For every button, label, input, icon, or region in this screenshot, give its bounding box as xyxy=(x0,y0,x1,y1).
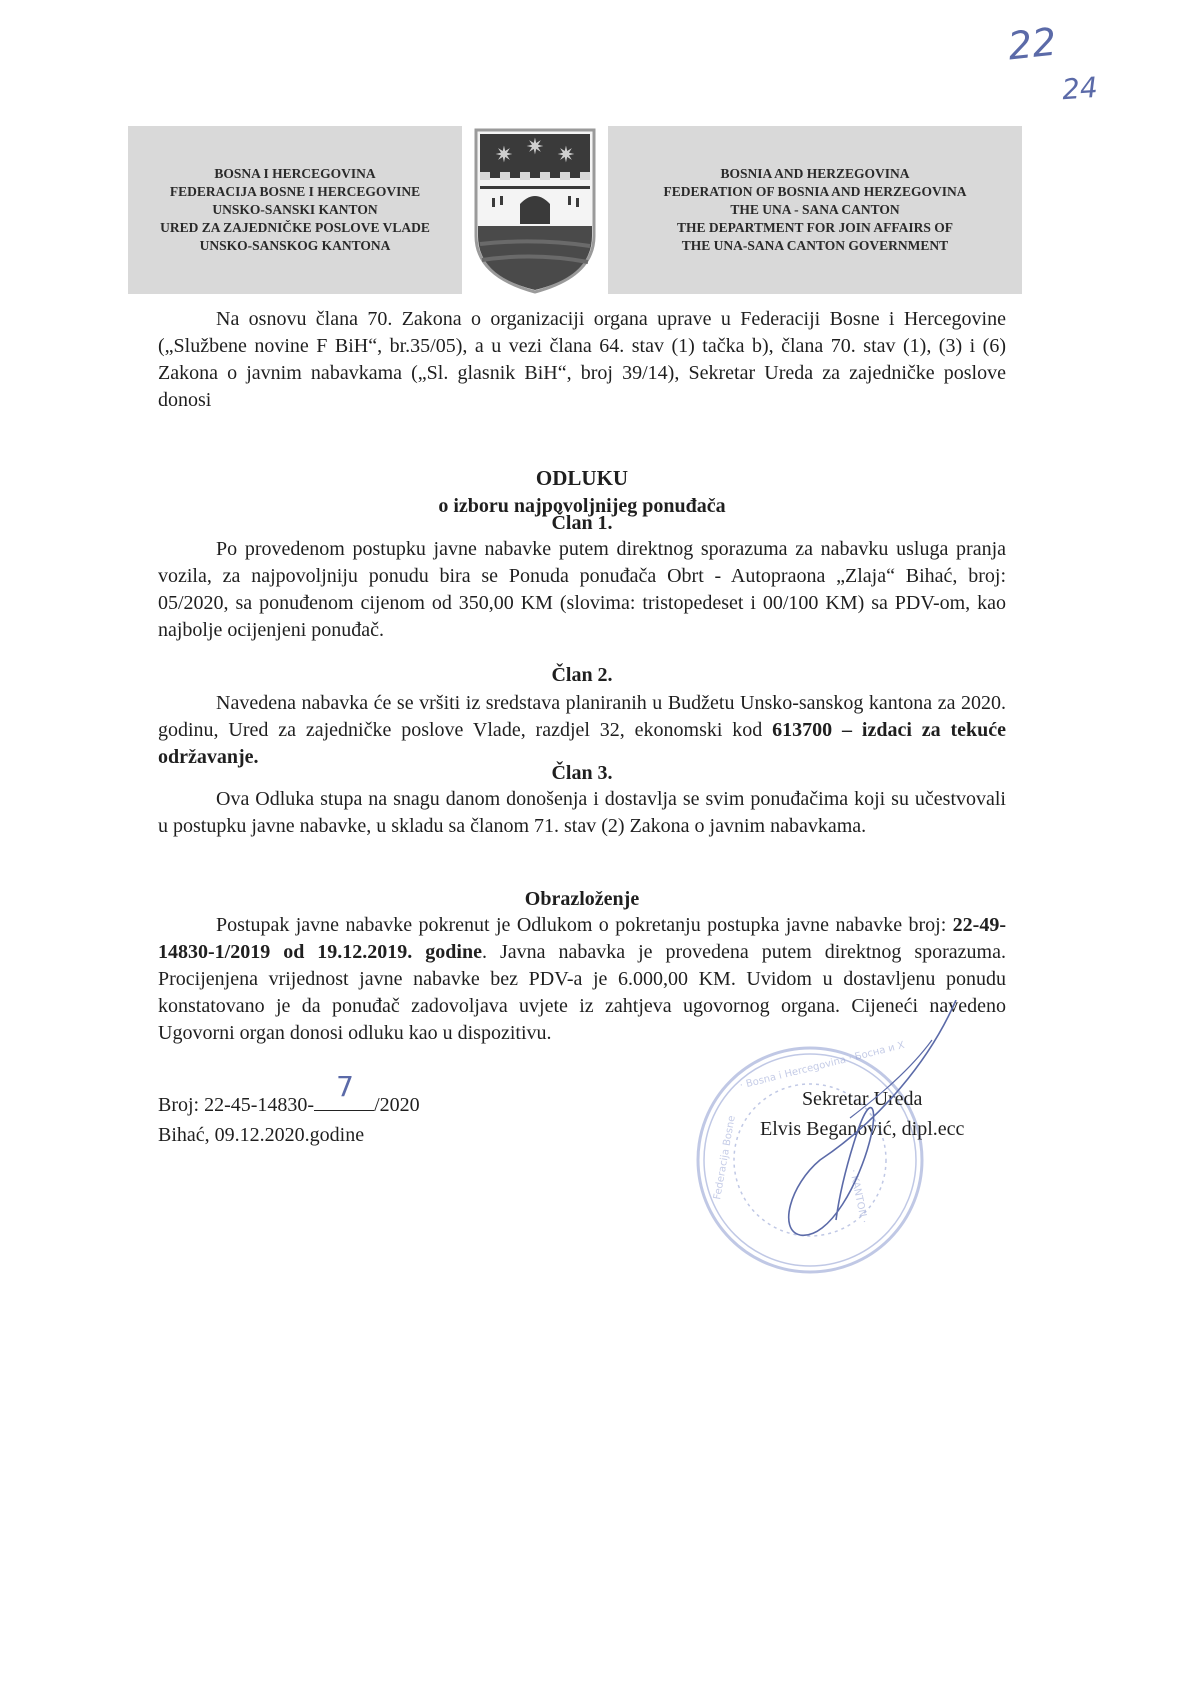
letterhead-line: FEDERATION OF BOSNIA AND HERZEGOVINA xyxy=(663,183,966,201)
letterhead-line: URED ZA ZAJEDNIČKE POSLOVE VLADE xyxy=(160,219,430,237)
document-reference: Broj: 22-45-14830-7/2020 Bihać, 09.12.20… xyxy=(158,1090,420,1150)
intro-paragraph: Na osnovu člana 70. Zakona o organizacij… xyxy=(158,306,1006,414)
document-number-prefix: Broj: 22-45-14830- xyxy=(158,1094,314,1116)
document-number-blank: 7 xyxy=(314,1092,374,1111)
article-3-text: Ova Odluka stupa na snagu danom donošenj… xyxy=(158,786,1006,840)
letterhead-line: THE DEPARTMENT FOR JOIN AFFAIRS OF xyxy=(663,219,966,237)
document-number: Broj: 22-45-14830-7/2020 xyxy=(158,1090,420,1120)
coat-of-arms-icon: ✷✷✷ xyxy=(470,126,600,294)
article-2-heading: Član 2. xyxy=(158,662,1006,689)
svg-text:✷: ✷ xyxy=(557,143,575,168)
handwritten-page-number-secondary: 24 xyxy=(1061,71,1099,106)
signature-block: Sekretar Ureda Elvis Beganović, dipl.ecc xyxy=(760,1084,964,1144)
letterhead-line: UNSKO-SANSKI KANTON xyxy=(160,201,430,219)
decision-title: ODLUKU xyxy=(158,464,1006,492)
article-3-heading: Član 3. xyxy=(158,760,1006,787)
signatory-name: Elvis Beganović, dipl.ecc xyxy=(760,1114,964,1144)
handwritten-page-number: 22 xyxy=(1006,20,1059,69)
svg-text:· KANTON ·: · KANTON · xyxy=(847,1168,869,1224)
svg-text:✷: ✷ xyxy=(526,135,544,160)
svg-text:✷: ✷ xyxy=(495,143,513,168)
letterhead-line: THE UNA-SANA CANTON GOVERNMENT xyxy=(663,237,966,255)
document-number-suffix: /2020 xyxy=(374,1094,420,1116)
article-1-text: Po provedenom postupku javne nabavke put… xyxy=(158,536,1006,644)
letterhead-line: FEDERACIJA BOSNE I HERCEGOVINE xyxy=(160,183,430,201)
reasoning-heading: Obrazloženje xyxy=(158,886,1006,913)
letterhead-line: UNSKO-SANSKOG KANTONA xyxy=(160,237,430,255)
letterhead-local-language: BOSNA I HERCEGOVINA FEDERACIJA BOSNE I H… xyxy=(128,126,462,294)
letterhead-line: BOSNIA AND HERZEGOVINA xyxy=(663,165,966,183)
reasoning-text: Postupak javne nabavke pokrenut je Odluk… xyxy=(158,912,1006,1047)
document-number-handwritten: 7 xyxy=(336,1072,354,1102)
official-stamp-icon: · Bosna i Hercegovina · Босна и Х · KANT… xyxy=(690,1040,930,1280)
article-1-heading: Član 1. xyxy=(158,510,1006,537)
place-date: Bihać, 09.12.2020.godine xyxy=(158,1120,420,1150)
letterhead-line: THE UNA - SANA CANTON xyxy=(663,201,966,219)
svg-text:Federacija Bosne: Federacija Bosne xyxy=(712,1115,738,1201)
letterhead: BOSNA I HERCEGOVINA FEDERACIJA BOSNE I H… xyxy=(128,126,1022,294)
signatory-title: Sekretar Ureda xyxy=(760,1084,964,1114)
reasoning-body-start: Postupak javne nabavke pokrenut je Odluk… xyxy=(216,914,953,936)
letterhead-english: BOSNIA AND HERZEGOVINA FEDERATION OF BOS… xyxy=(608,126,1022,294)
article-2-text: Navedena nabavka će se vršiti iz sredsta… xyxy=(158,690,1006,771)
letterhead-line: BOSNA I HERCEGOVINA xyxy=(160,165,430,183)
